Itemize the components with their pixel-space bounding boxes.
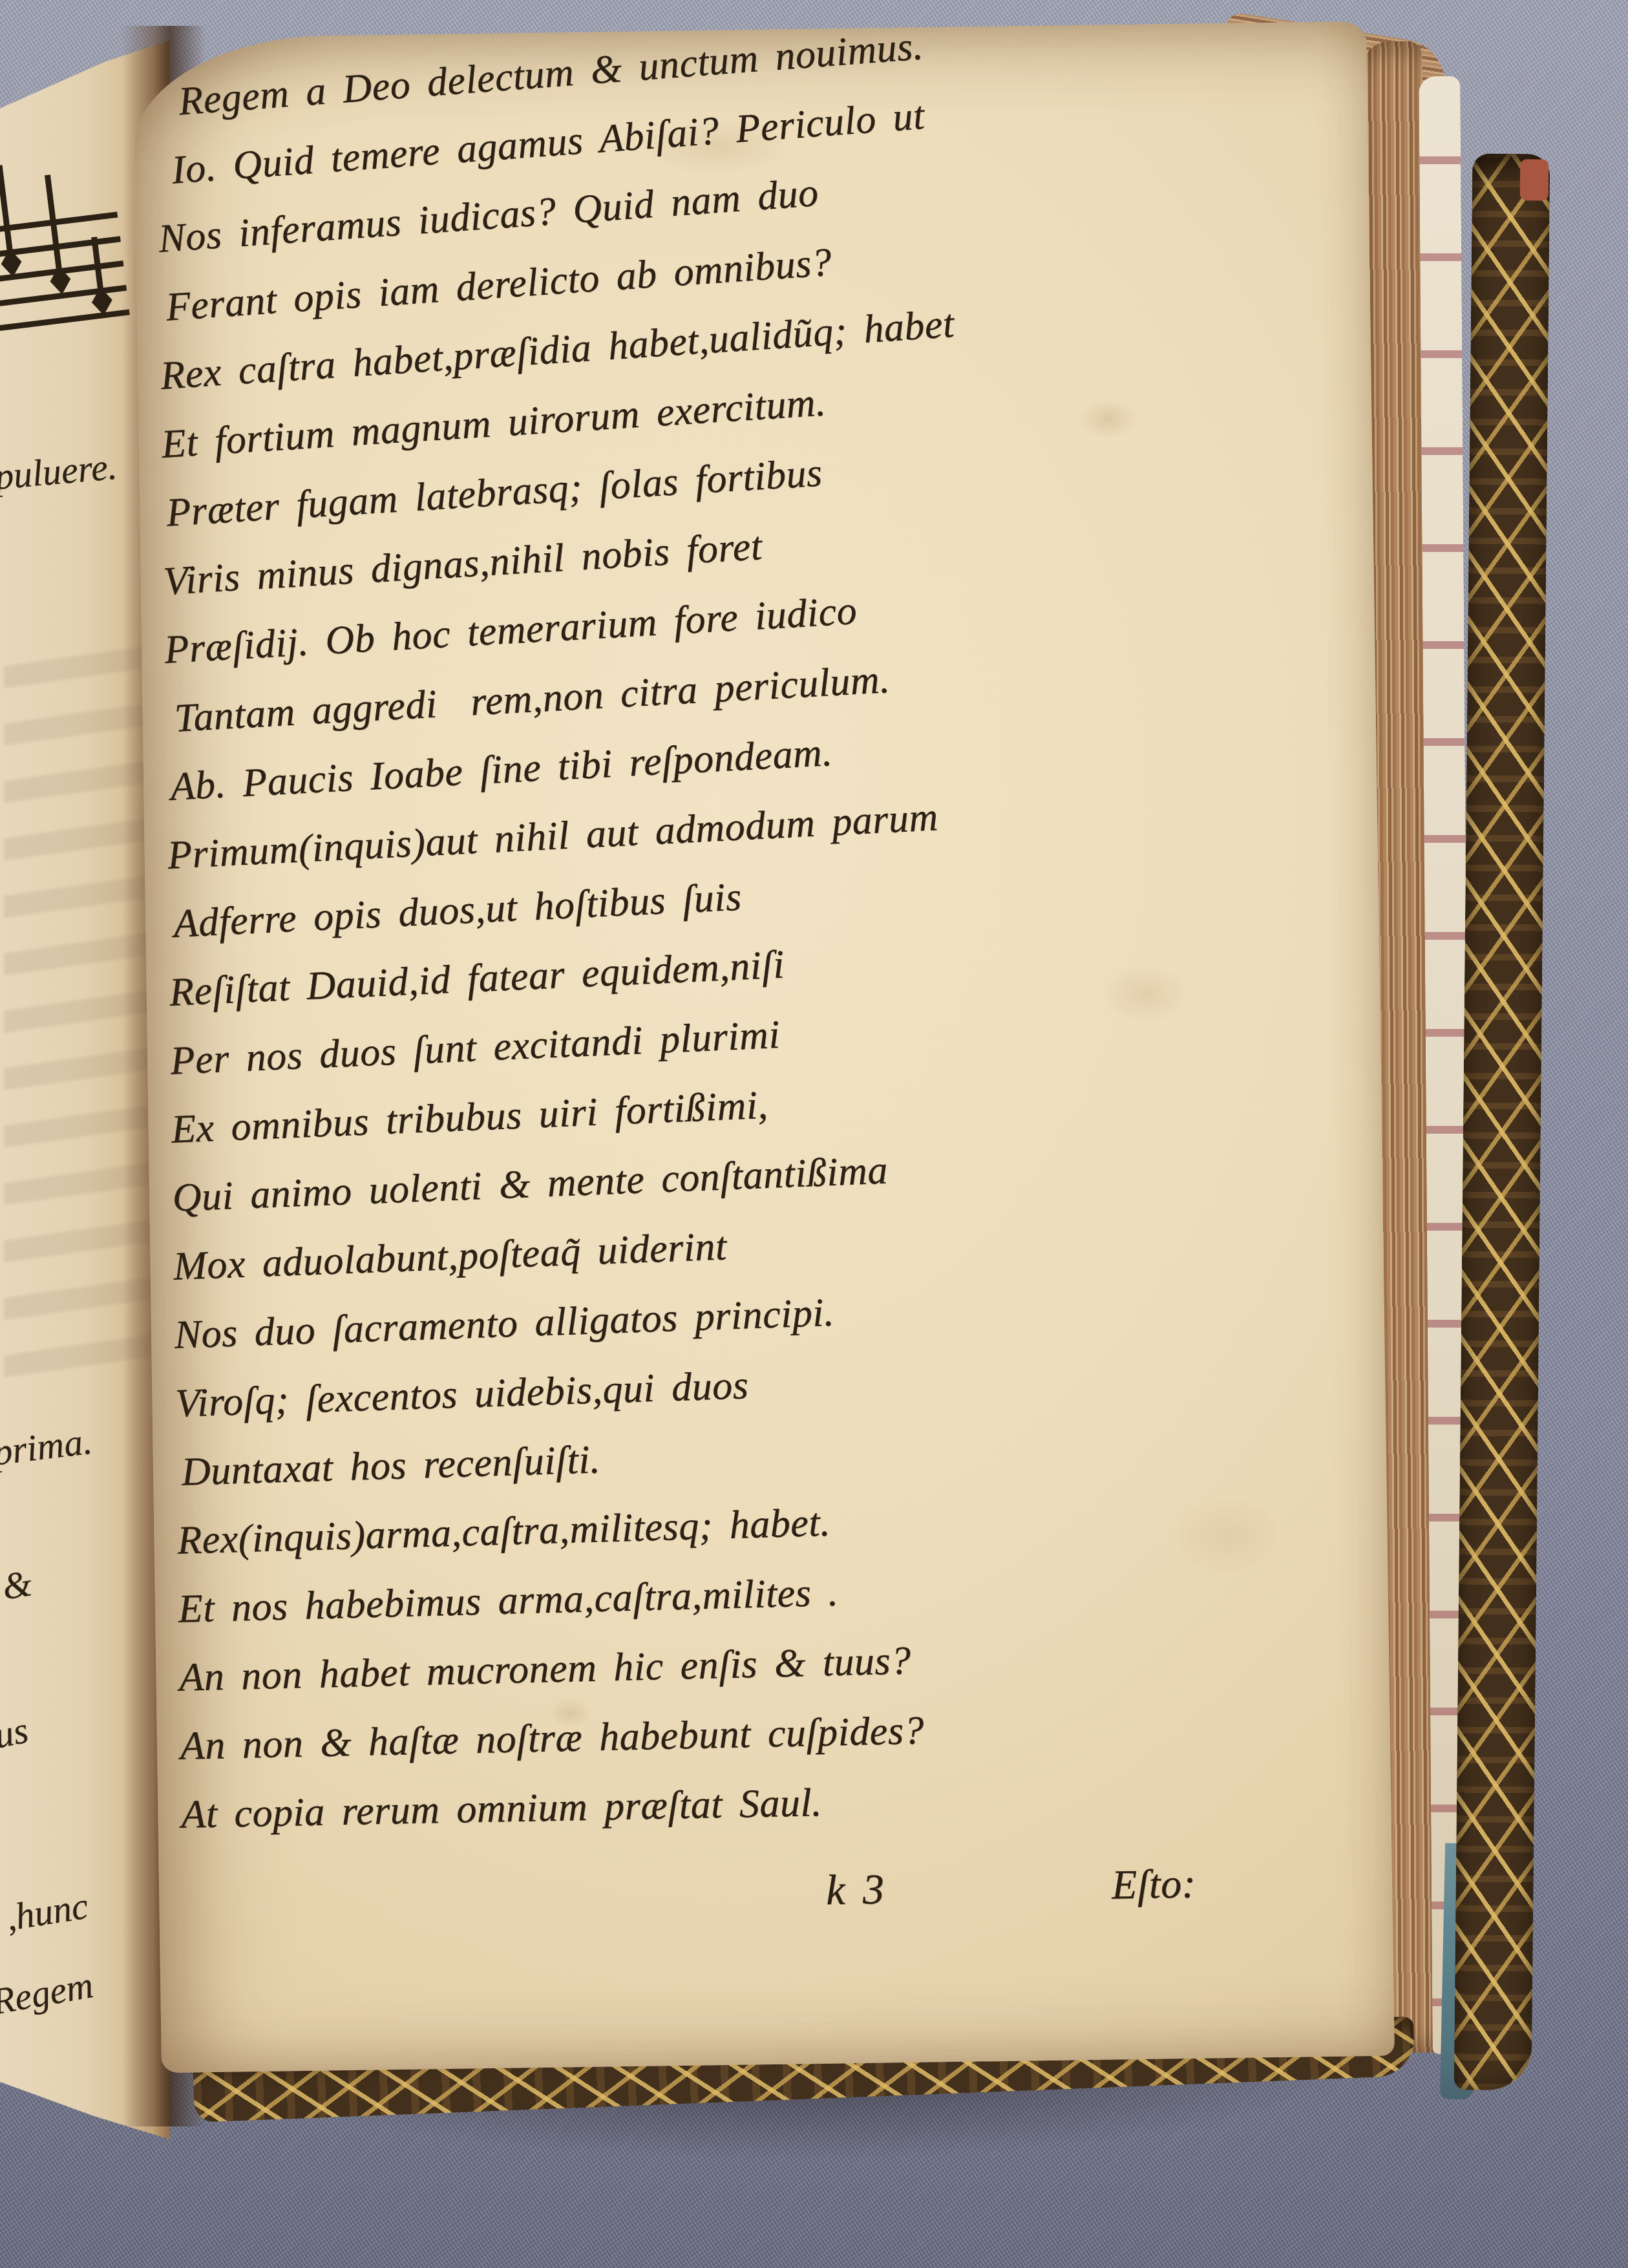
photo-of-open-book: puluere. prima. & us ,hunc Regem Regem a… [0,0,1628,2268]
verso-text-fragment: & [0,1561,35,1608]
worn-leather-patch [1520,159,1549,200]
gilt-tooled-cover-edge-right [1454,153,1550,2090]
verso-text-fragment: Regem [0,1963,96,2023]
signature-mark: k 3 [826,1865,885,1916]
verse-text-block: Regem a Deo delectum & unctum nouimus. I… [157,63,1355,2053]
verso-text-fragment: us [0,1708,32,1757]
book-page: Regem a Deo delectum & unctum nouimus. I… [133,21,1395,2073]
verso-text-fragment: ,hunc [3,1884,91,1940]
signature-row: k 3 Eſto: [182,1857,1355,1946]
catchword: Eſto: [1111,1860,1196,1909]
verso-text-fragment: prima. [0,1419,94,1474]
